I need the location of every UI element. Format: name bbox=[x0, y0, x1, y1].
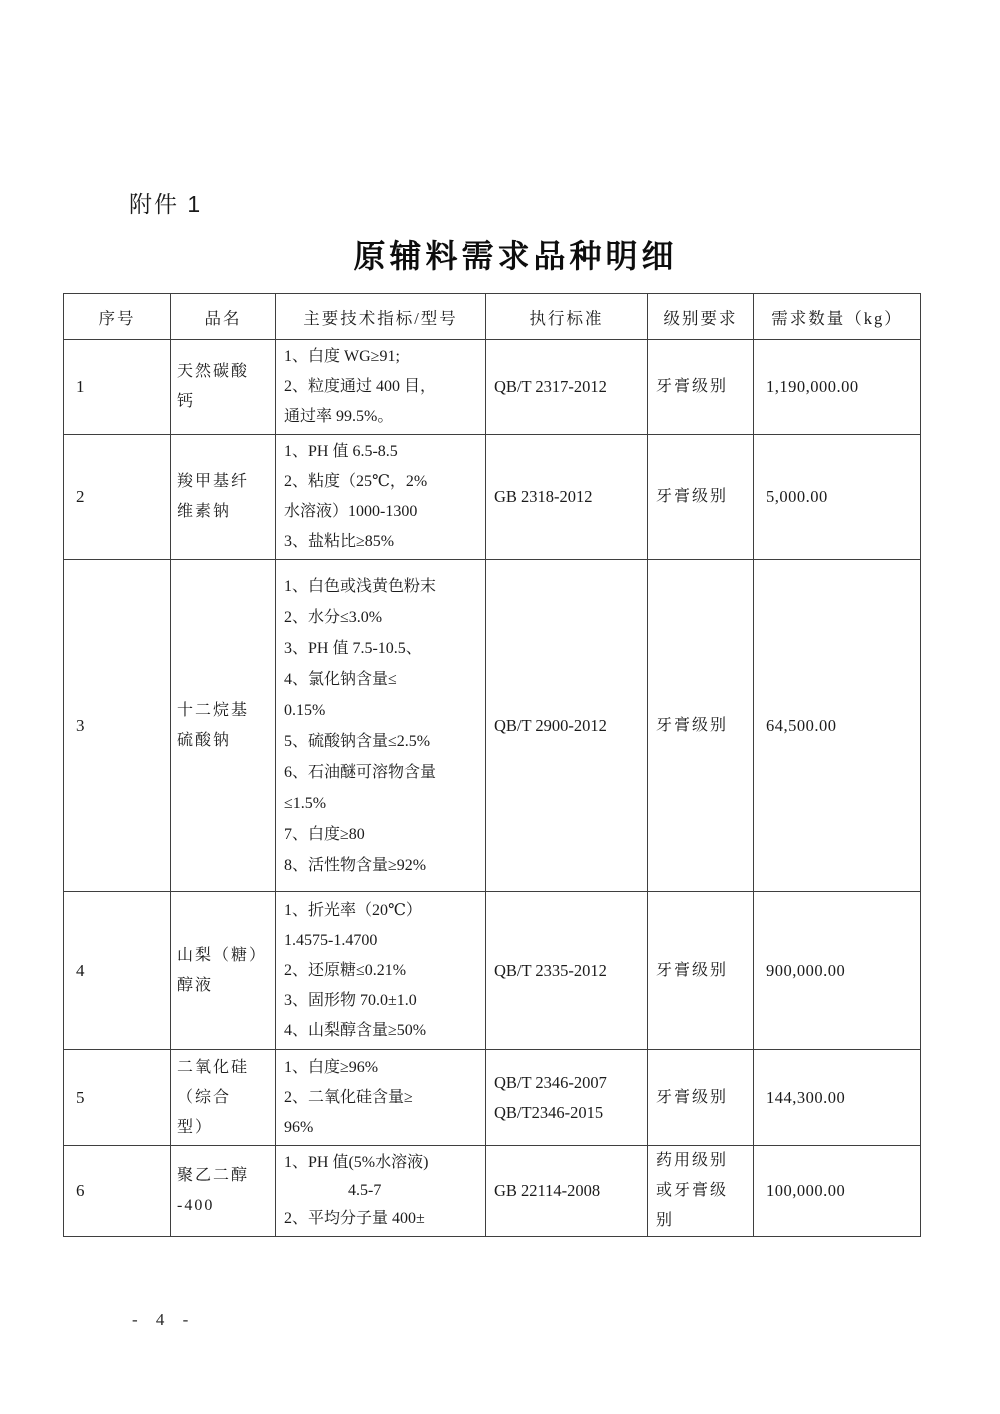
cell-specs: 1、白色或浅黄色粉末 2、水分≤3.0% 3、PH 值 7.5-10.5、 4、… bbox=[276, 560, 486, 892]
cell-quantity: 5,000.00 bbox=[754, 435, 921, 560]
cell-standard: GB 2318-2012 bbox=[486, 435, 648, 560]
col-header-no: 序号 bbox=[64, 294, 171, 340]
cell-level: 牙膏级别 bbox=[648, 892, 754, 1050]
col-header-standard: 执行标准 bbox=[486, 294, 648, 340]
cell-specs: 1、折光率（20℃） 1.4575-1.4700 2、还原糖≤0.21% 3、固… bbox=[276, 892, 486, 1050]
document-page: 附件 1 原辅料需求品种明细 序号 品名 主要技术指标/型号 执行标准 级别要求… bbox=[0, 0, 1000, 1414]
cell-level: 牙膏级别 bbox=[648, 340, 754, 435]
col-header-specs: 主要技术指标/型号 bbox=[276, 294, 486, 340]
col-header-name: 品名 bbox=[171, 294, 276, 340]
cell-product-name: 天然碳酸 钙 bbox=[171, 340, 276, 435]
cell-specs: 1、PH 值 6.5-8.5 2、粘度（25℃，2% 水溶液）1000-1300… bbox=[276, 435, 486, 560]
table-row: 3 十二烷基 硫酸钠 1、白色或浅黄色粉末 2、水分≤3.0% 3、PH 值 7… bbox=[64, 560, 921, 892]
table-row: 5 二氧化硅 （综合 型） 1、白度≥96% 2、二氧化硅含量≥ 96% QB/… bbox=[64, 1050, 921, 1146]
table-row: 6 聚乙二醇 -400 1、PH 值(5%水溶液) 4.5-7 2、平均分子量 … bbox=[64, 1146, 921, 1237]
cell-level: 牙膏级别 bbox=[648, 435, 754, 560]
cell-level: 药用级别 或牙膏级 别 bbox=[648, 1146, 754, 1237]
page-number: - 4 - bbox=[132, 1310, 195, 1330]
cell-no: 4 bbox=[64, 892, 171, 1050]
cell-product-name: 二氧化硅 （综合 型） bbox=[171, 1050, 276, 1146]
cell-no: 1 bbox=[64, 340, 171, 435]
table-row: 1 天然碳酸 钙 1、白度 WG≥91; 2、粒度通过 400 目， 通过率 9… bbox=[64, 340, 921, 435]
cell-no: 5 bbox=[64, 1050, 171, 1146]
cell-no: 3 bbox=[64, 560, 171, 892]
cell-standard: QB/T 2335-2012 bbox=[486, 892, 648, 1050]
cell-standard: QB/T 2900-2012 bbox=[486, 560, 648, 892]
cell-quantity: 900,000.00 bbox=[754, 892, 921, 1050]
table-header-row: 序号 品名 主要技术指标/型号 执行标准 级别要求 需求数量（kg） bbox=[64, 294, 921, 340]
table-row: 2 羧甲基纤 维素钠 1、PH 值 6.5-8.5 2、粘度（25℃，2% 水溶… bbox=[64, 435, 921, 560]
materials-table: 序号 品名 主要技术指标/型号 执行标准 级别要求 需求数量（kg） 1 天然碳… bbox=[63, 293, 921, 1237]
cell-product-name: 羧甲基纤 维素钠 bbox=[171, 435, 276, 560]
cell-product-name: 聚乙二醇 -400 bbox=[171, 1146, 276, 1237]
col-header-level: 级别要求 bbox=[648, 294, 754, 340]
cell-standard: GB 22114-2008 bbox=[486, 1146, 648, 1237]
col-header-quantity: 需求数量（kg） bbox=[754, 294, 921, 340]
cell-standard: QB/T 2317-2012 bbox=[486, 340, 648, 435]
table-row: 4 山梨（糖） 醇液 1、折光率（20℃） 1.4575-1.4700 2、还原… bbox=[64, 892, 921, 1050]
cell-quantity: 144,300.00 bbox=[754, 1050, 921, 1146]
cell-product-name: 山梨（糖） 醇液 bbox=[171, 892, 276, 1050]
cell-level: 牙膏级别 bbox=[648, 1050, 754, 1146]
cell-quantity: 64,500.00 bbox=[754, 560, 921, 892]
cell-no: 2 bbox=[64, 435, 171, 560]
cell-level: 牙膏级别 bbox=[648, 560, 754, 892]
cell-product-name: 十二烷基 硫酸钠 bbox=[171, 560, 276, 892]
cell-specs: 1、PH 值(5%水溶液) 4.5-7 2、平均分子量 400± bbox=[276, 1146, 486, 1237]
page-title: 原辅料需求品种明细 bbox=[63, 231, 920, 277]
cell-no: 6 bbox=[64, 1146, 171, 1237]
cell-quantity: 1,190,000.00 bbox=[754, 340, 921, 435]
cell-standard: QB/T 2346-2007 QB/T2346-2015 bbox=[486, 1050, 648, 1146]
attachment-label: 附件 1 bbox=[129, 186, 202, 219]
cell-specs: 1、白度 WG≥91; 2、粒度通过 400 目， 通过率 99.5%。 bbox=[276, 340, 486, 435]
cell-quantity: 100,000.00 bbox=[754, 1146, 921, 1237]
cell-specs: 1、白度≥96% 2、二氧化硅含量≥ 96% bbox=[276, 1050, 486, 1146]
